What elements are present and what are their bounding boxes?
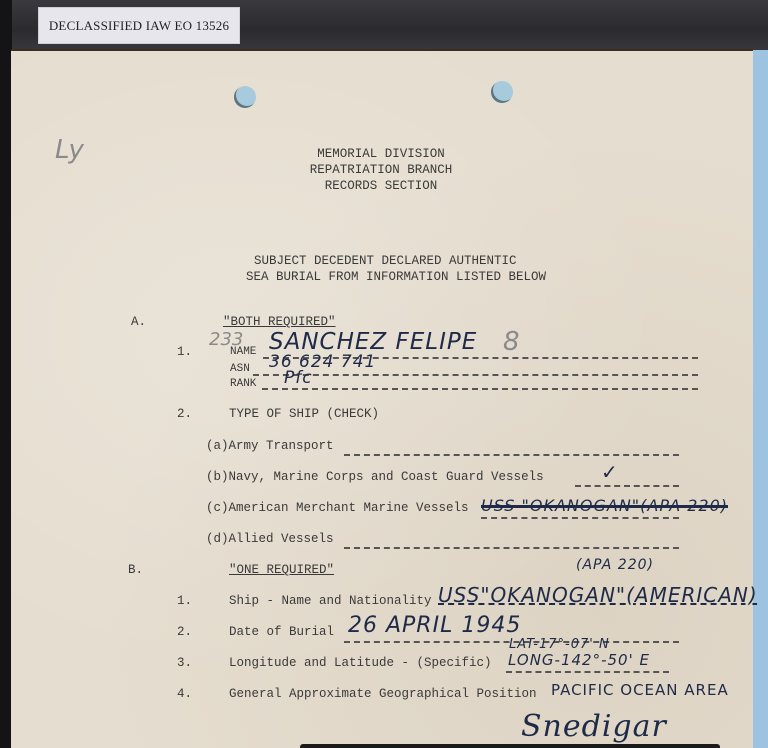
section-a-letter: A.	[131, 315, 146, 329]
subject-line-2: SEA BURIAL FROM INFORMATION LISTED BELOW	[246, 270, 546, 284]
background-edge	[752, 50, 768, 748]
ship-name-label: Ship - Name and Nationality	[229, 594, 432, 608]
section-a-heading: "BOTH REQUIRED"	[223, 315, 336, 329]
latitude-value: LAT-17°-07' N	[509, 637, 610, 652]
punch-hole-right	[491, 81, 513, 103]
geo-position-value: PACIFIC OCEAN AREA	[551, 681, 729, 699]
ship-option-d: (d)Allied Vessels	[206, 532, 334, 546]
declassification-label: DECLASSIFIED IAW EO 13526	[38, 7, 240, 44]
longitude-value: LONG-142°-50' E	[508, 651, 650, 669]
ship-option-d-line	[344, 547, 679, 549]
ship-type-heading: TYPE OF SHIP (CHECK)	[229, 407, 379, 421]
punch-hole-left	[234, 86, 256, 108]
item-b3-number: 3.	[177, 656, 192, 670]
rank-label: RANK	[230, 378, 256, 390]
asn-label: ASN	[230, 363, 250, 375]
section-b-heading: "ONE REQUIRED"	[229, 563, 334, 577]
ship-option-a: (a)Army Transport	[206, 439, 334, 453]
margin-pencil-mark: Ly	[55, 135, 84, 165]
rank-value: Pfc	[284, 368, 313, 388]
subject-line-1: SUBJECT DECEDENT DECLARED AUTHENTIC	[254, 254, 517, 268]
ship-option-b-line	[575, 485, 679, 487]
ship-option-c-struck-entry: USS "OKANOGAN"(APA 220)	[481, 496, 728, 515]
item-b4-number: 4.	[177, 687, 192, 701]
check-mark-icon: ✓	[601, 460, 619, 484]
item-a1-number: 1.	[177, 345, 192, 359]
document-page: Ly MEMORIAL DIVISION REPATRIATION BRANCH…	[11, 49, 753, 748]
asn-field-line	[253, 374, 698, 376]
ship-option-a-line	[344, 454, 679, 456]
header-line-1: MEMORIAL DIVISION	[231, 147, 531, 161]
viewer-bottom-tab	[300, 744, 720, 748]
name-label: NAME	[230, 346, 256, 358]
document-viewer: DECLASSIFIED IAW EO 13526 Ly MEMORIAL DI…	[0, 0, 768, 748]
ship-option-c-line	[481, 517, 679, 519]
coordinates-line	[506, 671, 669, 673]
header-line-3: RECORDS SECTION	[231, 179, 531, 193]
ship-name-value: USS"OKANOGAN"(AMERICAN)	[438, 583, 758, 607]
geo-position-label: General Approximate Geographical Positio…	[229, 687, 537, 701]
ship-option-b: (b)Navy, Marine Corps and Coast Guard Ve…	[206, 470, 544, 484]
header-line-2: REPATRIATION BRANCH	[231, 163, 531, 177]
burial-date-label: Date of Burial	[229, 625, 334, 639]
burial-date-value: 26 APRIL 1945	[348, 613, 521, 638]
coordinates-label: Longitude and Latitude - (Specific)	[229, 656, 492, 670]
ship-annotation: (APA 220)	[576, 557, 654, 573]
item-a2-number: 2.	[177, 407, 192, 421]
section-b-letter: B.	[128, 563, 143, 577]
name-pencil-suffix: 8	[503, 327, 520, 357]
ship-option-c: (c)American Merchant Marine Vessels	[206, 501, 469, 515]
item-b1-number: 1.	[177, 594, 192, 608]
signature: Snedigar	[521, 709, 667, 744]
rank-field-line	[262, 388, 698, 390]
item-b2-number: 2.	[177, 625, 192, 639]
